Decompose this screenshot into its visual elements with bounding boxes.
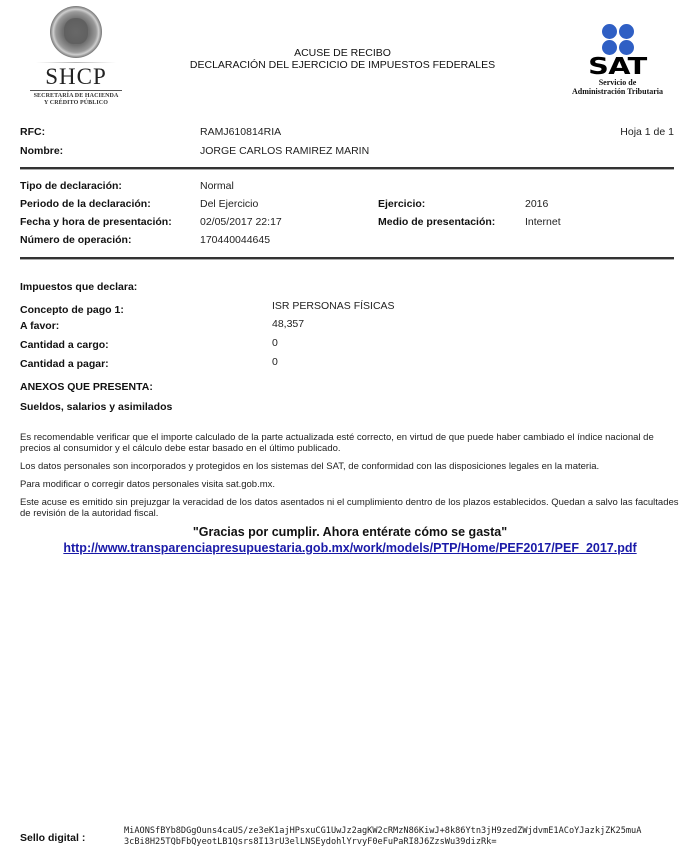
shcp-acronym: SHCP [28,65,124,89]
sello-digital-value: MiAONSfBYb8DGgOuns4caUS/ze3eK1ajHPsxuCG1… [124,826,694,848]
anexos-heading: ANEXOS QUE PRESENTA: [20,381,153,393]
thanks-message: "Gracias por cumplir. Ahora entérate cóm… [0,525,700,539]
pagar-label: Cantidad a pagar: [20,358,109,370]
section-divider [20,257,674,260]
fecha-value: 02/05/2017 22:17 [200,216,282,228]
anexos-item: Sueldos, salarios y asimilados [20,401,172,413]
note-paragraph: Los datos personales son incorporados y … [20,461,680,472]
taxes-heading: Impuestos que declara: [20,281,137,293]
tipo-label: Tipo de declaración: [20,180,122,192]
name-label: Nombre: [20,145,63,157]
sello-digital-label: Sello digital : [20,832,85,844]
operacion-value: 170440044645 [200,234,270,246]
page-indicator: Hoja 1 de 1 [620,126,674,138]
fecha-label: Fecha y hora de presentación: [20,216,172,228]
medio-value: Internet [525,216,561,228]
concepto-label: Concepto de pago 1: [20,304,124,316]
sat-logo: SAT Servicio de Administración Tributari… [575,24,660,104]
favor-value: 48,357 [272,318,304,330]
note-paragraph: Para modificar o corregir datos personal… [20,479,680,490]
shcp-underline [30,90,122,91]
ejercicio-value: 2016 [525,198,548,210]
name-value: JORGE CARLOS RAMIREZ MARIN [200,145,369,157]
pagar-value: 0 [272,356,278,368]
note-paragraph: Es recomendable verificar que el importe… [20,432,680,454]
note-paragraph: Este acuse es emitido sin prejuzgar la v… [20,497,680,519]
ejercicio-label: Ejercicio: [378,198,425,210]
shcp-subtitle-2: Y CRÉDITO PÚBLICO [28,100,124,107]
transparency-link[interactable]: http://www.transparenciapresupuestaria.g… [63,541,636,555]
document-title-line-2: DECLARACIÓN DEL EJERCICIO DE IMPUESTOS F… [180,59,505,71]
shcp-logo: SHCP SECRETARÍA DE HACIENDA Y CRÉDITO PÚ… [28,6,124,110]
periodo-value: Del Ejercicio [200,198,258,210]
sat-dots-icon [602,24,634,56]
document-title-line-1: ACUSE DE RECIBO [180,47,505,59]
cargo-value: 0 [272,337,278,349]
logo-divider [36,62,116,63]
sello-line-1: MiAONSfBYb8DGgOuns4caUS/ze3eK1ajHPsxuCG1… [124,826,694,837]
sello-line-2: 3cBi8H25TQbFbQyeotLB1Qsrs8I13rU3elLNSEyd… [124,837,694,848]
section-divider [20,167,674,170]
operacion-label: Número de operación: [20,234,131,246]
periodo-label: Periodo de la declaración: [20,198,151,210]
medio-label: Medio de presentación: [378,216,495,228]
shcp-subtitle-1: SECRETARÍA DE HACIENDA [28,93,124,100]
document-title: ACUSE DE RECIBO DECLARACIÓN DEL EJERCICI… [180,47,505,71]
tipo-value: Normal [200,180,234,192]
sat-subtitle-2: Administración Tributaria [565,87,670,96]
rfc-value: RAMJ610814RIA [200,126,281,138]
favor-label: A favor: [20,320,59,332]
concepto-value: ISR PERSONAS FÍSICAS [272,300,395,312]
transparency-link-container: http://www.transparenciapresupuestaria.g… [0,541,700,555]
national-seal-icon [50,6,102,58]
sat-acronym: SAT [588,56,646,78]
cargo-label: Cantidad a cargo: [20,339,109,351]
rfc-label: RFC: [20,126,45,138]
